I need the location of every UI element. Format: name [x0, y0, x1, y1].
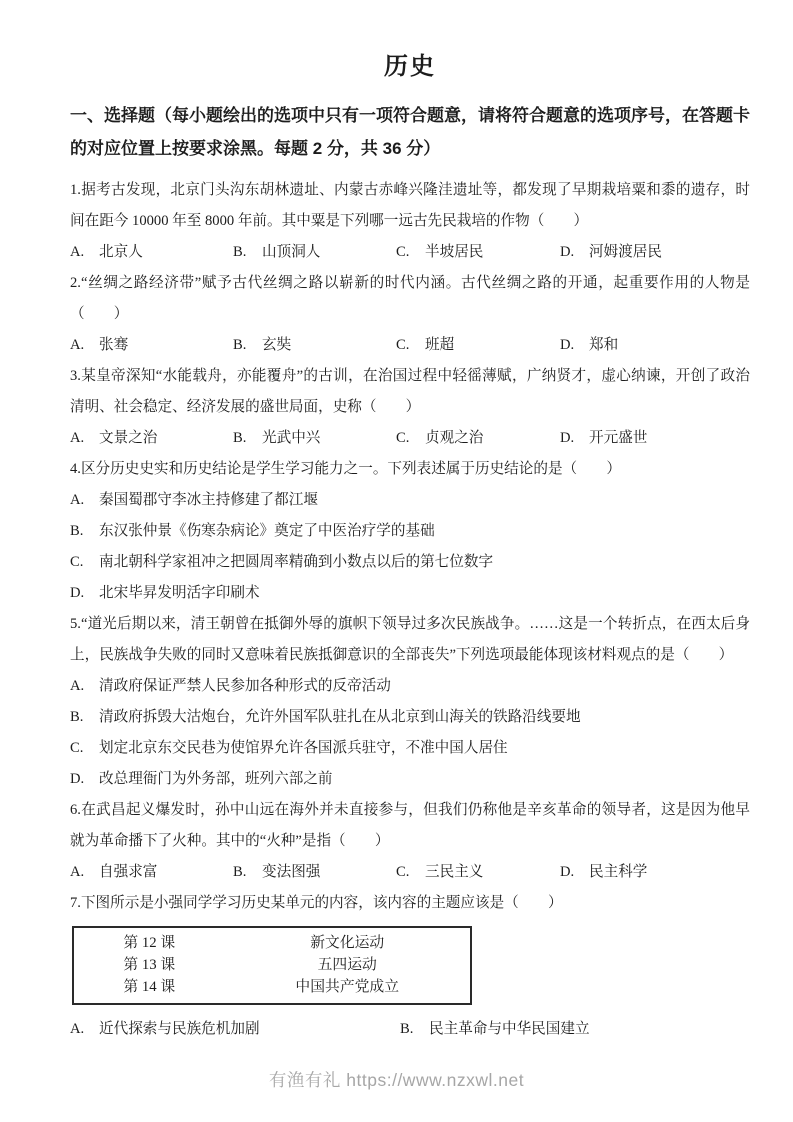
lesson-table: 第 12 课新文化运动第 13 课五四运动第 14 课中国共产党成立 [72, 926, 472, 1005]
option-C: C.南北朝科学家祖冲之把圆周率精确到小数点以后的第七位数字 [70, 547, 750, 578]
option-text: 光武中兴 [262, 430, 320, 446]
option-label: B. [233, 857, 262, 888]
option-A: A.文景之治 [70, 423, 233, 454]
options-group: A.清政府保证严禁人民参加各种形式的反帝活动B.清政府拆毁大沽炮台，允许外国军队… [70, 671, 750, 795]
option-label: B. [70, 702, 99, 733]
option-text: 开元盛世 [589, 430, 647, 446]
option-text: 自强求富 [99, 864, 157, 880]
option-text: 文景之治 [99, 430, 157, 446]
option-A: A.张骞 [70, 330, 233, 361]
option-D: D.河姆渡居民 [560, 237, 750, 268]
option-label: B. [233, 423, 262, 454]
lesson-table-row: 第 14 课中国共产党成立 [74, 976, 470, 998]
option-text: 河姆渡居民 [589, 244, 662, 260]
option-text: 秦国蜀郡守李冰主持修建了都江堰 [99, 492, 318, 508]
topic-cell: 五四运动 [224, 954, 470, 976]
option-C: C.半坡居民 [396, 237, 560, 268]
question-body: 在武昌起义爆发时，孙中山远在海外并未直接参与，但我们仍称他是辛亥革命的领导者，这… [70, 802, 750, 849]
option-label: D. [70, 764, 99, 795]
lesson-cell: 第 12 课 [74, 932, 224, 954]
option-text: 清政府拆毁大沽炮台，允许外国军队驻扎在从北京到山海关的铁路沿线要地 [99, 709, 581, 725]
options-group: A.张骞B.玄奘C.班超D.郑和 [70, 330, 750, 361]
question-body: 某皇帝深知“水能载舟，亦能覆舟”的古训，在治国过程中轻徭薄赋，广纳贤才，虚心纳谏… [70, 368, 750, 415]
option-label: C. [396, 423, 425, 454]
option-label: A. [70, 857, 99, 888]
question-3: 3.某皇帝深知“水能载舟，亦能覆舟”的古训，在治国过程中轻徭薄赋，广纳贤才，虚心… [70, 361, 750, 454]
option-B: B.变法图强 [233, 857, 396, 888]
footer-watermark: 有渔有礼 https://www.nzxwl.net [0, 1067, 793, 1092]
option-label: B. [233, 330, 262, 361]
option-B: B.民主革命与中华民国建立 [400, 1014, 750, 1045]
option-B: B.光武中兴 [233, 423, 396, 454]
lesson-cell: 第 14 课 [74, 976, 224, 998]
option-A: A.自强求富 [70, 857, 233, 888]
lesson-cell: 第 13 课 [74, 954, 224, 976]
lesson-table-row: 第 13 课五四运动 [74, 954, 470, 976]
option-label: D. [70, 578, 99, 609]
option-D: D.北宋毕昇发明活字印刷术 [70, 578, 750, 609]
option-text: 北宋毕昇发明活字印刷术 [99, 585, 260, 601]
option-B: B.东汉张仲景《伤寒杂病论》奠定了中医治疗学的基础 [70, 516, 750, 547]
question-body: 下图所示是小强同学学习历史某单元的内容，该内容的主题应该是（ ） [81, 895, 563, 911]
option-label: A. [70, 423, 99, 454]
question-number: 4. [70, 461, 81, 477]
options-group: A.自强求富B.变法图强C.三民主义D.民主科学 [70, 857, 750, 888]
exam-page: 历史 一、选择题（每小题绘出的选项中只有一项符合题意，请将符合题意的选项序号，在… [0, 0, 793, 1122]
option-D: D.郑和 [560, 330, 750, 361]
option-text: 半坡居民 [425, 244, 483, 260]
option-label: D. [560, 423, 589, 454]
options-group: A.北京人B.山顶洞人C.半坡居民D.河姆渡居民 [70, 237, 750, 268]
option-text: 郑和 [589, 337, 618, 353]
option-label: B. [400, 1014, 429, 1045]
option-label: C. [396, 857, 425, 888]
options-group: A.近代探索与民族危机加剧B.民主革命与中华民国建立 [70, 1014, 750, 1045]
question-number: 6. [70, 802, 81, 818]
question-text: 5.“道光后期以来，清王朝曾在抵御外辱的旗帜下领导过多次民族战争。……这是一个转… [70, 609, 750, 671]
lesson-table-row: 第 12 课新文化运动 [74, 932, 470, 954]
option-label: A. [70, 485, 99, 516]
page-title: 历史 [70, 46, 750, 81]
question-body: “丝绸之路经济带”赋予古代丝绸之路以崭新的时代内涵。古代丝绸之路的开通，起重要作… [70, 275, 750, 322]
question-text: 4.区分历史史实和历史结论是学生学习能力之一。下列表述属于历史结论的是（ ） [70, 454, 750, 485]
option-label: A. [70, 671, 99, 702]
option-text: 改总理衙门为外务部，班列六部之前 [99, 771, 333, 787]
option-text: 南北朝科学家祖冲之把圆周率精确到小数点以后的第七位数字 [99, 554, 493, 570]
question-text: 2.“丝绸之路经济带”赋予古代丝绸之路以崭新的时代内涵。古代丝绸之路的开通，起重… [70, 268, 750, 330]
option-text: 山顶洞人 [262, 244, 320, 260]
section-heading: 一、选择题（每小题绘出的选项中只有一项符合题意，请将符合题意的选项序号，在答题卡… [70, 99, 750, 165]
option-label: C. [70, 547, 99, 578]
question-number: 1. [70, 182, 81, 198]
question-text: 3.某皇帝深知“水能载舟，亦能覆舟”的古训，在治国过程中轻徭薄赋，广纳贤才，虚心… [70, 361, 750, 423]
option-C: C.划定北京东交民巷为使馆界允许各国派兵驻守，不准中国人居住 [70, 733, 750, 764]
question-body: “道光后期以来，清王朝曾在抵御外辱的旗帜下领导过多次民族战争。……这是一个转折点… [70, 616, 750, 663]
option-label: B. [70, 516, 99, 547]
option-D: D.改总理衙门为外务部，班列六部之前 [70, 764, 750, 795]
option-B: B.玄奘 [233, 330, 396, 361]
topic-cell: 新文化运动 [224, 932, 470, 954]
question-5: 5.“道光后期以来，清王朝曾在抵御外辱的旗帜下领导过多次民族战争。……这是一个转… [70, 609, 750, 795]
options-group: A.文景之治B.光武中兴C.贞观之治D.开元盛世 [70, 423, 750, 454]
option-label: C. [70, 733, 99, 764]
option-label: C. [396, 330, 425, 361]
option-text: 变法图强 [262, 864, 320, 880]
option-text: 张骞 [99, 337, 128, 353]
option-D: D.开元盛世 [560, 423, 750, 454]
option-label: A. [70, 237, 99, 268]
question-7: 7.下图所示是小强同学学习历史某单元的内容，该内容的主题应该是（ ）第 12 课… [70, 888, 750, 1045]
option-text: 三民主义 [425, 864, 483, 880]
option-label: A. [70, 330, 99, 361]
option-D: D.民主科学 [560, 857, 750, 888]
option-A: A.北京人 [70, 237, 233, 268]
option-label: A. [70, 1014, 99, 1045]
option-text: 班超 [425, 337, 454, 353]
option-label: B. [233, 237, 262, 268]
option-A: A.清政府保证严禁人民参加各种形式的反帝活动 [70, 671, 750, 702]
option-A: A.近代探索与民族危机加剧 [70, 1014, 400, 1045]
question-text: 1.据考古发现，北京门头沟东胡林遗址、内蒙古赤峰兴隆洼遗址等，都发现了早期栽培粟… [70, 175, 750, 237]
question-text: 6.在武昌起义爆发时，孙中山远在海外并未直接参与，但我们仍称他是辛亥革命的领导者… [70, 795, 750, 857]
option-text: 贞观之治 [425, 430, 483, 446]
question-number: 3. [70, 368, 81, 384]
option-B: B.清政府拆毁大沽炮台，允许外国军队驻扎在从北京到山海关的铁路沿线要地 [70, 702, 750, 733]
option-label: C. [396, 237, 425, 268]
option-text: 玄奘 [262, 337, 291, 353]
option-A: A.秦国蜀郡守李冰主持修建了都江堰 [70, 485, 750, 516]
option-text: 清政府保证严禁人民参加各种形式的反帝活动 [99, 678, 391, 694]
topic-cell: 中国共产党成立 [224, 976, 470, 998]
option-C: C.三民主义 [396, 857, 560, 888]
questions-container: 1.据考古发现，北京门头沟东胡林遗址、内蒙古赤峰兴隆洼遗址等，都发现了早期栽培粟… [70, 175, 750, 1045]
question-6: 6.在武昌起义爆发时，孙中山远在海外并未直接参与，但我们仍称他是辛亥革命的领导者… [70, 795, 750, 888]
option-text: 东汉张仲景《伤寒杂病论》奠定了中医治疗学的基础 [99, 523, 435, 539]
question-1: 1.据考古发现，北京门头沟东胡林遗址、内蒙古赤峰兴隆洼遗址等，都发现了早期栽培粟… [70, 175, 750, 268]
question-4: 4.区分历史史实和历史结论是学生学习能力之一。下列表述属于历史结论的是（ ）A.… [70, 454, 750, 609]
option-text: 民主革命与中华民国建立 [429, 1021, 590, 1037]
question-2: 2.“丝绸之路经济带”赋予古代丝绸之路以崭新的时代内涵。古代丝绸之路的开通，起重… [70, 268, 750, 361]
option-label: D. [560, 330, 589, 361]
question-body: 区分历史史实和历史结论是学生学习能力之一。下列表述属于历史结论的是（ ） [81, 461, 621, 477]
option-label: D. [560, 237, 589, 268]
option-C: C.班超 [396, 330, 560, 361]
question-number: 5. [70, 616, 81, 632]
option-C: C.贞观之治 [396, 423, 560, 454]
option-text: 划定北京东交民巷为使馆界允许各国派兵驻守，不准中国人居住 [99, 740, 508, 756]
options-group: A.秦国蜀郡守李冰主持修建了都江堰B.东汉张仲景《伤寒杂病论》奠定了中医治疗学的… [70, 485, 750, 609]
question-body: 据考古发现，北京门头沟东胡林遗址、内蒙古赤峰兴隆洼遗址等，都发现了早期栽培粟和黍… [70, 182, 750, 229]
option-text: 民主科学 [589, 864, 647, 880]
question-text: 7.下图所示是小强同学学习历史某单元的内容，该内容的主题应该是（ ） [70, 888, 750, 919]
option-text: 北京人 [99, 244, 143, 260]
option-text: 近代探索与民族危机加剧 [99, 1021, 260, 1037]
option-label: D. [560, 857, 589, 888]
question-number: 2. [70, 275, 81, 291]
option-B: B.山顶洞人 [233, 237, 396, 268]
question-number: 7. [70, 895, 81, 911]
